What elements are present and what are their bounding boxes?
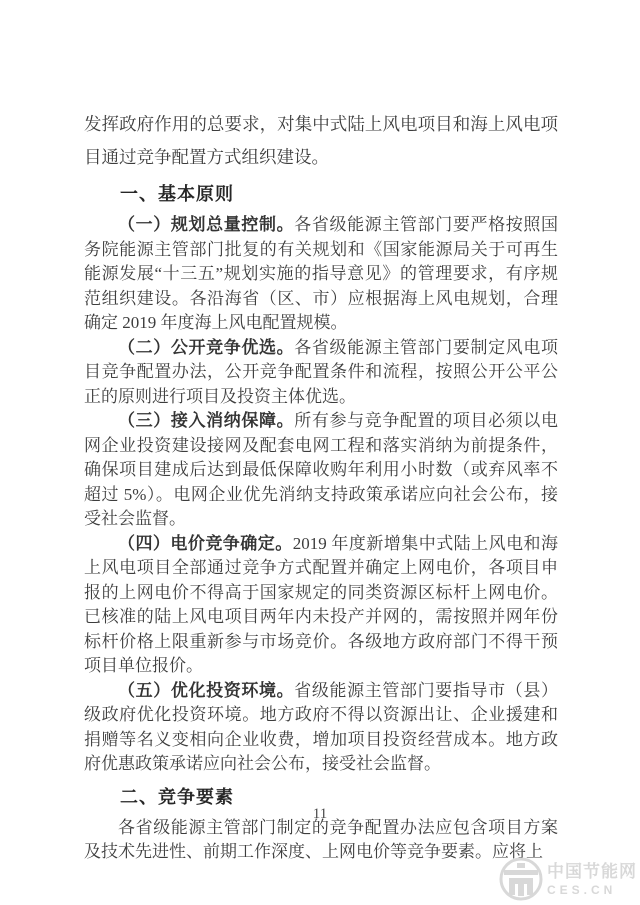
section-1-heading: 一、基本原则 (84, 181, 558, 207)
ces-logo-icon (497, 855, 545, 903)
principle-item-1: （一）规划总量控制。各省级能源主管部门要严格按照国务院能源主管部门批复的有关规划… (84, 213, 558, 336)
principle-item-2: （二）公开竞争优选。各省级能源主管部门要制定风电项目竞争配置办法，公开竞争配置条… (84, 336, 558, 410)
watermark-site-url: CES.CN (547, 884, 637, 896)
document-page: 发挥政府作用的总要求，对集中式陆上风电项目和海上风电项目通过竞争配置方式组织建设… (0, 0, 640, 905)
document-body: 发挥政府作用的总要求，对集中式陆上风电项目和海上风电项目通过竞争配置方式组织建设… (84, 108, 558, 865)
principle-item-4-text: 2019 年度新增集中式陆上风电和海上风电项目全部通过竞争方式配置并确定上网电价… (84, 534, 558, 676)
intro-paragraph: 发挥政府作用的总要求，对集中式陆上风电项目和海上风电项目通过竞争配置方式组织建设… (84, 108, 558, 174)
principle-item-5-lead: （五）优化投资环境。 (118, 681, 294, 700)
principle-item-4: （四）电价竞争确定。2019 年度新增集中式陆上风电和海上风电项目全部通过竞争方… (84, 532, 558, 679)
page-number: 11 (0, 806, 640, 823)
principle-item-5: （五）优化投资环境。省级能源主管部门要指导市（县）级政府优化投资环境。地方政府不… (84, 679, 558, 777)
watermark-text: 中国节能网 CES.CN (547, 863, 637, 896)
principle-item-1-lead: （一）规划总量控制。 (118, 215, 294, 234)
watermark-site-name: 中国节能网 (547, 863, 637, 880)
principle-item-4-lead: （四）电价竞争确定。 (118, 534, 293, 553)
principle-item-2-lead: （二）公开竞争优选。 (118, 338, 294, 357)
watermark: 中国节能网 CES.CN (497, 855, 637, 903)
principle-item-3-lead: （三）接入消纳保障。 (118, 411, 294, 430)
principle-item-3: （三）接入消纳保障。所有参与竞争配置的项目必须以电网企业投资建设接网及配套电网工… (84, 409, 558, 532)
